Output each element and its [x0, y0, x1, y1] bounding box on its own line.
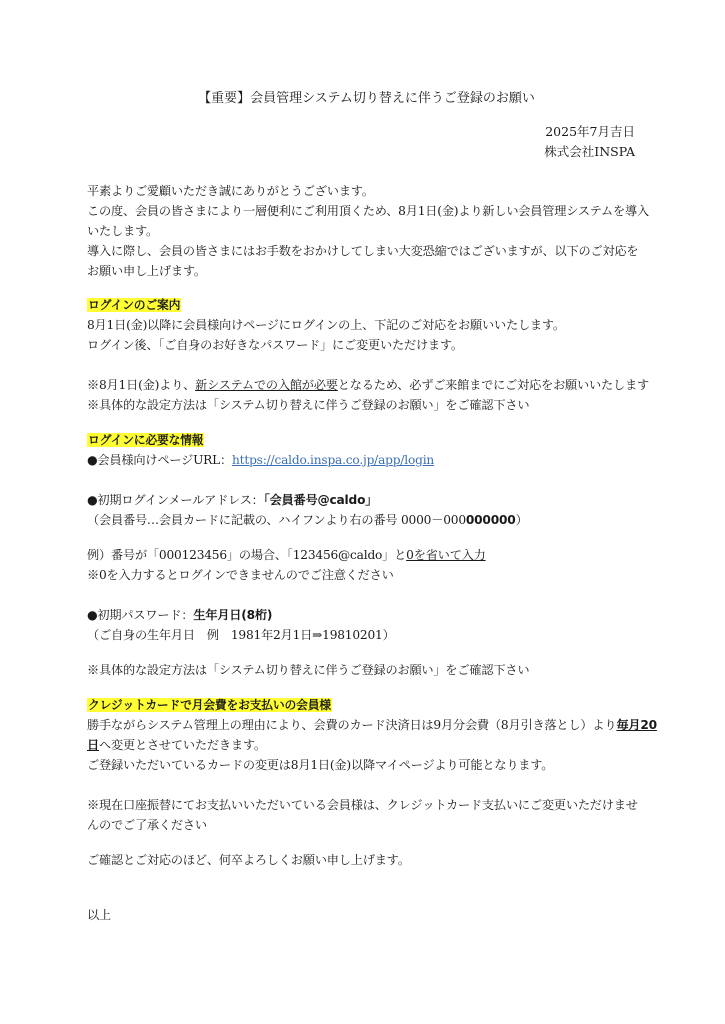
- example-line: 例）番号が「000123456」の場合、「123456@caldo」と0を省いて…: [87, 547, 486, 563]
- login-guide-line: 8月1日(金)以降に会員様向けページにログインの上、下記のご対応をお願いいたしま…: [87, 317, 565, 333]
- note-text: ※8月1日(金)より、: [87, 378, 195, 392]
- highlighted-heading: ログインに必要な情報: [87, 433, 204, 447]
- document-page: 【重要】会員管理システム切り替えに伴うご登録のお願い 2025年7月吉日 株式会…: [0, 0, 725, 1024]
- credit-line: 勝手ながらシステム管理上の理由により、会費のカード決済日は9月分会費（8月引き落…: [87, 717, 657, 733]
- credit-text: 勝手ながらシステム管理上の理由により、会費のカード決済日は9月分会費（8月引き落…: [87, 718, 616, 732]
- underlined-text: 新システムでの入館が必要: [195, 378, 338, 392]
- credit-note: んのでご了承ください: [87, 817, 207, 833]
- highlighted-heading: クレジットカードで月会費をお支払いの会員様: [87, 698, 332, 712]
- login-guide-note: ※8月1日(金)より、新システムでの入館が必要となるため、必ずご来館までにご対応…: [87, 377, 649, 393]
- login-info-note: ※具体的な設定方法は「システム切り替えに伴うご登録のお願い」をご確認下さい: [87, 662, 529, 678]
- intro-line: いたします。: [87, 223, 158, 239]
- password-line: ●初期パスワード：生年月日(8桁): [87, 607, 272, 623]
- password-label: ●初期パスワード：: [87, 608, 193, 622]
- document-date: 2025年7月吉日: [545, 124, 635, 140]
- intro-line: 平素よりご愛顧いただき誠にありがとうございます。: [87, 183, 374, 199]
- highlighted-heading: ログインのご案内: [87, 298, 181, 312]
- underlined-text: 0を省いて入力: [406, 548, 485, 562]
- intro-line: この度、会員の皆さまにより一層便利にご利用頂くため、8月1日(金)より新しい会員…: [87, 203, 649, 219]
- section-heading-login-info: ログインに必要な情報: [87, 432, 204, 448]
- intro-line: 導入に際し、会員の皆さまにはお手数をおかけしてしまい大変恐縮ではございますが、以…: [87, 243, 638, 259]
- section-heading-login-guide: ログインのご案内: [87, 297, 181, 313]
- example-text: 例）番号が「000123456」の場合、「123456@caldo」と: [87, 548, 406, 562]
- end-mark: 以上: [87, 907, 111, 923]
- document-title: 【重要】会員管理システム切り替えに伴うご登録のお願い: [0, 90, 725, 108]
- closing-line: ご確認とご対応のほど、何卒よろしくお願い申し上げます。: [87, 852, 410, 868]
- password-value: 生年月日(8桁): [193, 608, 272, 622]
- credit-line: ご登録いただいているカードの変更は8月1日(金)以降マイページより可能となります…: [87, 757, 553, 773]
- note-text: ）: [516, 513, 528, 527]
- login-guide-note: ※具体的な設定方法は「システム切り替えに伴うご登録のお願い」をご確認下さい: [87, 397, 529, 413]
- password-note: （ご自身の生年月日 例 1981年2月1日⇒19810201）: [87, 627, 395, 643]
- bold-underlined-text: 毎月20: [616, 718, 657, 732]
- login-guide-line: ログイン後、「ご自身のお好きなパスワード」にご変更いただけます。: [87, 337, 463, 353]
- credit-line: 日へ変更とさせていただきます。: [87, 737, 266, 753]
- email-value: 「会員番号@caldo」: [264, 493, 378, 507]
- login-url-link[interactable]: https://caldo.inspa.co.jp/app/login: [232, 453, 434, 467]
- bold-underlined-text: 日: [87, 738, 99, 752]
- url-label: ●会員様向けページURL：: [87, 453, 232, 467]
- bold-digits: 000000: [466, 513, 516, 527]
- credit-note: ※現在口座振替にてお支払いいただいている会員様は、クレジットカード支払いにご変更…: [87, 797, 638, 813]
- example-note: ※0を入力するとログインできませんのでご注意ください: [87, 567, 394, 583]
- intro-line: お願い申し上げます。: [87, 263, 206, 279]
- note-text: となるため、必ずご来館までにご対応をお願いいたします: [338, 378, 649, 392]
- section-heading-credit: クレジットカードで月会費をお支払いの会員様: [87, 697, 332, 713]
- email-label: ●初期ログインメールアドレス：: [87, 493, 264, 507]
- company-name: 株式会社INSPA: [544, 144, 635, 160]
- credit-text: へ変更とさせていただきます。: [99, 738, 266, 752]
- url-line: ●会員様向けページURL：https://caldo.inspa.co.jp/a…: [87, 452, 434, 468]
- email-line: ●初期ログインメールアドレス：「会員番号@caldo」: [87, 492, 377, 508]
- note-text: （会員番号…会員カードに記載の、ハイフンより右の番号 0000－000: [87, 513, 466, 527]
- email-note: （会員番号…会員カードに記載の、ハイフンより右の番号 0000－00000000…: [87, 512, 528, 528]
